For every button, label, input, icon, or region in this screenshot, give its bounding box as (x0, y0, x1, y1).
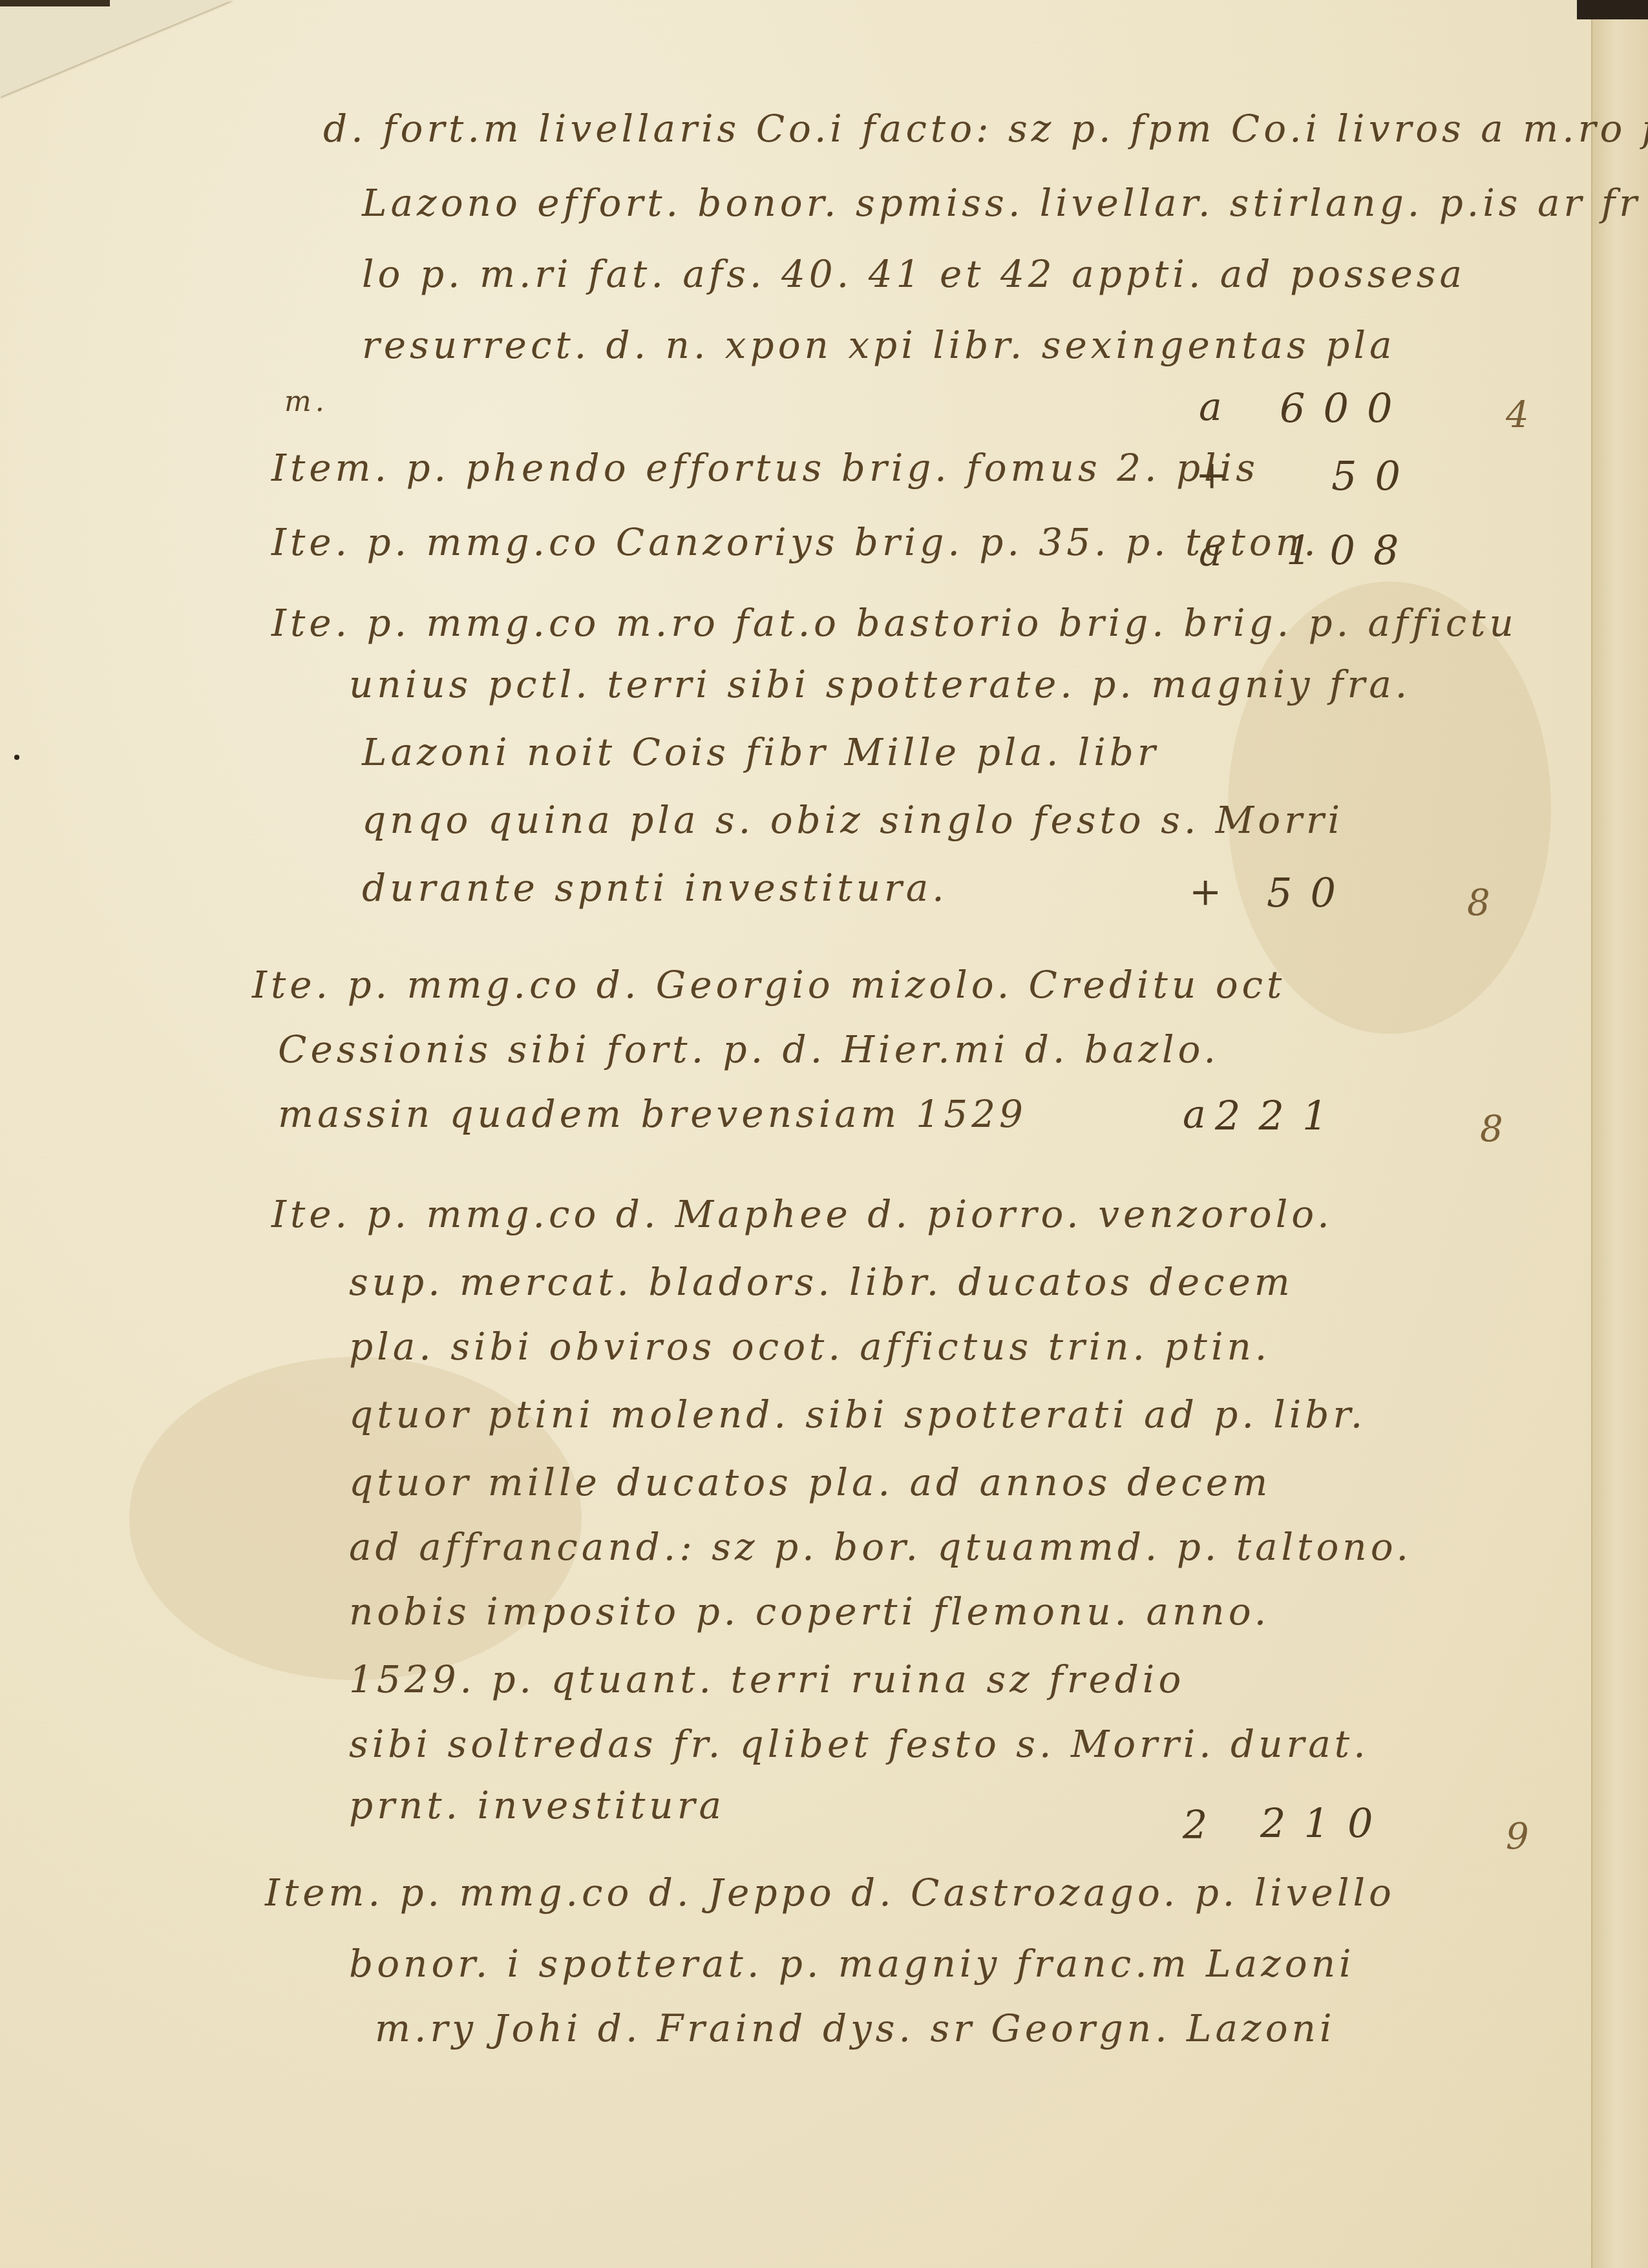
text-line: sup. mercat. bladors. libr. ducatos dece… (349, 1263, 1294, 1301)
text-line: Lazono effort. bonor. spmiss. livellar. … (362, 184, 1641, 222)
text-line: Ite. p. mmg.co d. Georgio mizolo. Credit… (252, 966, 1285, 1003)
text-line: Ite. p. mmg.co m.ro fat.o bastorio brig.… (271, 604, 1517, 642)
text-line: pla. sibi obviros ocot. affictus trin. p… (349, 1328, 1271, 1365)
ink-dot (14, 755, 19, 760)
text-line: sibi soltredas fr. qlibet festo s. Morri… (349, 1725, 1369, 1763)
scan-edge (0, 0, 110, 6)
text-line: prnt. investitura (349, 1787, 725, 1824)
text-line: Item. p. phendo effortus brig. fomus 2. … (271, 449, 1259, 487)
scan-edge-top (1577, 0, 1648, 19)
margin-mark: 9 (1506, 1816, 1529, 1858)
entry-marker: a (1183, 1092, 1206, 1137)
text-line: m.ry Johi d. Fraind dys. sr Georgn. Lazo… (375, 2010, 1335, 2047)
text-line: bonor. i spotterat. p. magniy franc.m La… (349, 1945, 1355, 1982)
entry-amount: 210 (1260, 1800, 1391, 1847)
folded-corner (0, 0, 233, 97)
text-line: qtuor ptini molend. sibi spotterati ad p… (349, 1396, 1366, 1433)
entry-amount: 600 (1280, 384, 1410, 432)
text-line: Ite. p. mmg.co d. Maphee d. piorro. venz… (271, 1195, 1333, 1233)
entry-amount: 50 (1267, 869, 1354, 916)
text-line: massin quadem brevensiam 1529 (278, 1095, 1027, 1133)
entry-marker: + (1196, 452, 1228, 498)
page-edge-right (1591, 0, 1648, 2268)
text-line: m. (284, 388, 328, 416)
margin-mark: 4 (1506, 394, 1529, 436)
text-line: durante spnti investitura. (362, 869, 948, 907)
text-line: Item. p. mmg.co d. Jeppo d. Castrozago. … (265, 1874, 1395, 1911)
text-line: ad affrancand.: sz p. bor. qtuammd. p. t… (349, 1528, 1412, 1566)
text-line: qnqo quina pla s. obiz singlo festo s. M… (362, 801, 1344, 839)
text-line: lo p. m.ri fat. afs. 40. 41 et 42 appti.… (362, 255, 1466, 293)
entry-amount: 50 (1331, 452, 1419, 499)
margin-mark: 8 (1480, 1108, 1503, 1150)
entry-amount: 221 (1215, 1092, 1346, 1139)
text-line: unius pctl. terri sibi spotterate. p. ma… (349, 666, 1411, 703)
margin-mark: 8 (1467, 882, 1490, 924)
text-line: Lazoni noit Cois fibr Mille pla. libr (362, 733, 1159, 771)
entry-marker: a (1199, 384, 1222, 430)
text-line: resurrect. d. n. xpon xpi libr. sexingen… (362, 326, 1396, 364)
entry-amount: 108 (1286, 527, 1417, 574)
entry-marker: + (1189, 869, 1221, 914)
text-line: Cessionis sibi fort. p. d. Hier.mi d. ba… (278, 1031, 1220, 1068)
text-line: d. fort.m livellaris Co.i facto: sz p. f… (323, 110, 1648, 147)
entry-marker: 2 (1183, 1803, 1207, 1848)
text-line: Ite. p. mmg.co Canzoriys brig. p. 35. p.… (271, 523, 1320, 561)
text-line: 1529. p. qtuant. terri ruina sz fredio (349, 1661, 1185, 1698)
text-line: qtuor mille ducatos pla. ad annos decem (349, 1464, 1271, 1501)
text-line: nobis imposito p. coperti flemonu. anno. (349, 1593, 1270, 1630)
entry-marker: a (1199, 530, 1222, 575)
